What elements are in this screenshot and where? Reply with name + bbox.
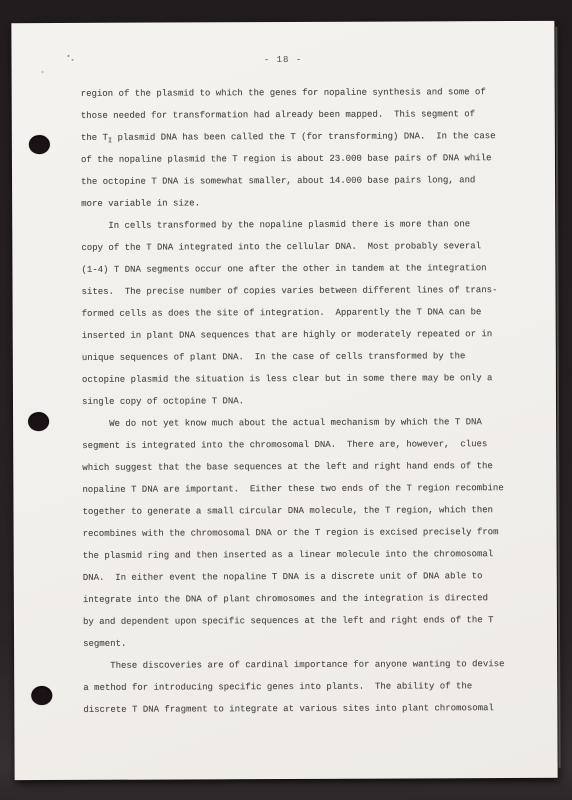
text-line: (1-4) T DNA segments occur one after the…: [81, 257, 502, 281]
text-line: more variable in size.: [81, 191, 502, 215]
text-line: sites. The precise number of copies vari…: [81, 279, 502, 303]
text-line: inserted in plant DNA sequences that are…: [82, 323, 503, 347]
text-line: single copy of octopine T DNA.: [82, 389, 503, 413]
text-line: We do not yet know much about the actual…: [82, 411, 503, 435]
text-line: segment is integrated into the chromosom…: [82, 433, 503, 457]
text-line: octopine plasmid the situation is less c…: [82, 367, 503, 391]
text-line: the plasmid ring and then inserted as a …: [83, 543, 504, 567]
text-line: the TI plasmid DNA has been called the T…: [81, 125, 502, 149]
text-line: a method for introducing specific genes …: [83, 675, 504, 699]
text-line: by and dependent upon specific sequences…: [83, 609, 504, 633]
page-number: - 18 -: [11, 48, 554, 72]
text-line: region of the plasmid to which the genes…: [81, 81, 502, 105]
text-line: discrete T DNA fragment to integrate at …: [83, 697, 504, 721]
hole-punch-middle: [28, 412, 49, 431]
text-line: segment.: [83, 631, 504, 655]
hole-punch-bottom: [31, 686, 52, 705]
text-line: In cells transformed by the nopaline pla…: [81, 213, 502, 237]
text-line: together to generate a small circular DN…: [82, 499, 503, 523]
text-line: unique sequences of plant DNA. In the ca…: [82, 345, 503, 369]
text-line: which suggest that the base sequences at…: [82, 455, 503, 479]
body-text: region of the plasmid to which the genes…: [81, 81, 505, 721]
text-line: recombines with the chromosomal DNA or t…: [83, 521, 504, 545]
text-line: copy of the T DNA integrated into the ce…: [81, 235, 502, 259]
hole-punch-top: [29, 135, 50, 154]
text-line: DNA. In either event the nopaline T DNA …: [83, 565, 504, 589]
text-line: nopaline T DNA are important. Either the…: [82, 477, 503, 501]
text-line: formed cells as does the site of integra…: [82, 301, 503, 325]
text-line: integrate into the DNA of plant chromoso…: [83, 587, 504, 611]
text-line: These discoveries are of cardinal import…: [83, 653, 504, 677]
paper-page: - 18 - region of the plasmid to which th…: [11, 21, 557, 780]
text-line: those needed for transformation had alre…: [81, 103, 502, 127]
text-line: the octopine T DNA is somewhat smaller, …: [81, 169, 502, 193]
scan-background: { "colors": { "background": "#272022", "…: [0, 0, 572, 800]
text-line: of the nopaline plasmid the T region is …: [81, 147, 502, 171]
